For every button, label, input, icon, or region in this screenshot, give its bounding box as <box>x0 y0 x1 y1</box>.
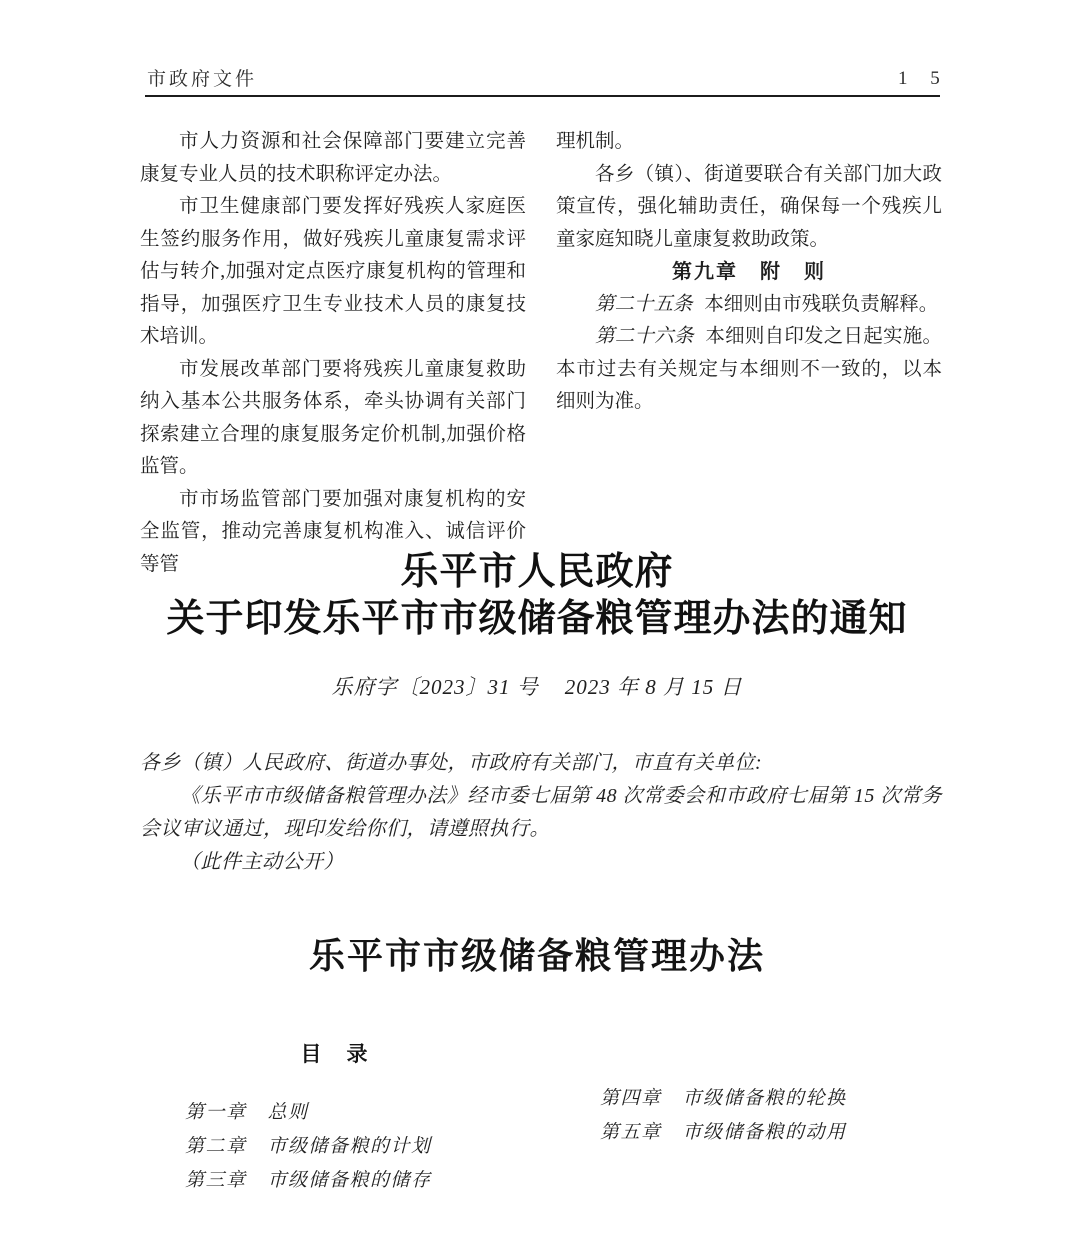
toc-item: 第五章市级储备粮的动用 <box>600 1116 847 1150</box>
toc-chapter: 第二章 <box>185 1136 247 1157</box>
paragraph: 各乡（镇）、街道要联合有关部门加大政策宣传，强化辅助责任，确保每一个残疾儿童家庭… <box>556 159 942 257</box>
article-term: 第二十五条 <box>595 294 693 315</box>
article-text: 本细则由市残联负责解释。 <box>704 294 938 315</box>
toc-title: 市级储备粮的轮换 <box>683 1088 847 1109</box>
toc-title: 市级储备粮的动用 <box>683 1122 847 1143</box>
toc-item: 第三章市级储备粮的储存 <box>185 1164 432 1198</box>
toc-title: 总则 <box>268 1102 309 1123</box>
doc-number-line: 乐府字〔2023〕31 号2023 年 8 月 15 日 <box>0 671 1074 701</box>
paragraph: 市人力资源和社会保障部门要建立完善康复专业人员的技术职称评定办法。 <box>140 126 526 191</box>
page-number: 1 5 <box>898 68 949 90</box>
chapter-heading: 第九章 附 则 <box>556 256 942 289</box>
toc-title: 市级储备粮的计划 <box>268 1136 432 1157</box>
article-clause: 第二十五条本细则由市残联负责解释。 <box>556 289 942 322</box>
toc-chapter: 第三章 <box>185 1170 247 1191</box>
top-article-left-column: 市人力资源和社会保障部门要建立完善康复专业人员的技术职称评定办法。 市卫生健康部… <box>140 126 526 581</box>
disclosure-note: （此件主动公开） <box>140 846 942 879</box>
header-rule <box>145 95 940 97</box>
notice-title-line2: 关于印发乐平市市级储备粮管理办法的通知 <box>0 596 1074 643</box>
notice-title-line1: 乐平市人民政府 <box>0 549 1074 596</box>
document-page: 市政府文件 1 5 市人力资源和社会保障部门要建立完善康复专业人员的技术职称评定… <box>0 0 1074 1254</box>
notice-title: 乐平市人民政府 关于印发乐平市市级储备粮管理办法的通知 <box>0 549 1074 643</box>
top-article: 市人力资源和社会保障部门要建立完善康复专业人员的技术职称评定办法。 市卫生健康部… <box>140 126 942 581</box>
paragraph-continuation: 理机制。 <box>556 126 942 159</box>
toc-heading: 目 录 <box>140 1038 530 1068</box>
toc-item: 第一章总则 <box>185 1096 432 1130</box>
doc-date: 2023 年 8 月 15 日 <box>565 675 743 699</box>
notice-letter: 各乡（镇）人民政府、街道办事处，市政府有关部门，市直有关单位: 《乐平市市级储备… <box>140 747 942 879</box>
regulation-title: 乐平市市级储备粮管理办法 <box>0 928 1074 979</box>
toc-title: 市级储备粮的储存 <box>268 1170 432 1191</box>
header-category-label: 市政府文件 <box>147 64 257 91</box>
toc-chapter: 第一章 <box>185 1102 247 1123</box>
toc-item: 第四章市级储备粮的轮换 <box>600 1082 847 1116</box>
toc-chapter: 第四章 <box>600 1088 662 1109</box>
toc-right-column: 第四章市级储备粮的轮换 第五章市级储备粮的动用 <box>600 1082 847 1150</box>
article-clause: 第二十六条本细则自印发之日起实施。本市过去有关规定与本细则不一致的，以本细则为准… <box>556 321 942 419</box>
article-term: 第二十六条 <box>595 326 694 347</box>
letter-body: 《乐平市市级储备粮管理办法》经市委七届第 48 次常委会和市政府七届第 15 次… <box>140 780 942 846</box>
doc-number: 乐府字〔2023〕31 号 <box>332 675 539 699</box>
paragraph: 市卫生健康部门要发挥好残疾人家庭医生签约服务作用，做好残疾儿童康复需求评估与转介… <box>140 191 526 354</box>
toc-chapter: 第五章 <box>600 1122 662 1143</box>
salutation: 各乡（镇）人民政府、街道办事处，市政府有关部门，市直有关单位: <box>140 747 942 780</box>
paragraph: 市发展改革部门要将残疾儿童康复救助纳入基本公共服务体系，牵头协调有关部门探索建立… <box>140 354 526 484</box>
toc-left-column: 第一章总则 第二章市级储备粮的计划 第三章市级储备粮的储存 <box>185 1096 432 1198</box>
top-article-right-column: 理机制。 各乡（镇）、街道要联合有关部门加大政策宣传，强化辅助责任，确保每一个残… <box>556 126 942 581</box>
toc-item: 第二章市级储备粮的计划 <box>185 1130 432 1164</box>
